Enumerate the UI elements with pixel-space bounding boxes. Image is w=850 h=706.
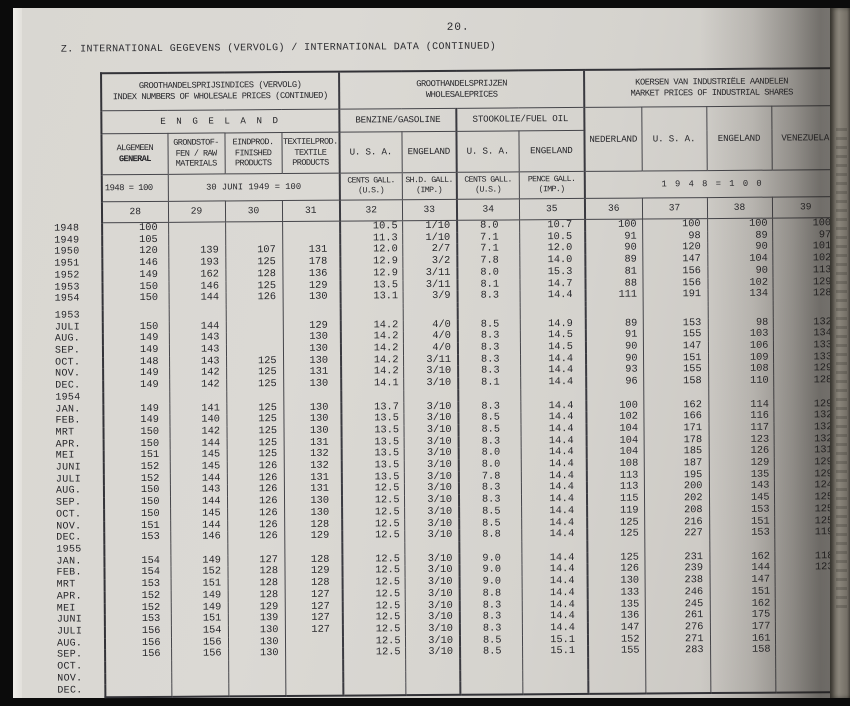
stub-spacer (51, 175, 102, 202)
cell-col28: 156 (105, 626, 171, 638)
cell-col34: 8.5 (460, 647, 522, 659)
cell-col34: 8.1 (458, 378, 520, 390)
row-label: MRT (54, 579, 105, 591)
cell-col39 (775, 633, 843, 645)
cell-col32: 12.5 (342, 530, 404, 542)
col28-base: 1948 = 100 (102, 174, 168, 201)
col28-name-nl: ALGEMEEN (103, 143, 168, 154)
cell-col28: 154 (104, 556, 170, 568)
cell-col39 (775, 656, 843, 668)
cell-col31: 129 (284, 531, 342, 543)
cell-col38 (710, 668, 775, 680)
cell-col32: 12.5 (343, 648, 405, 660)
cell-col34: 8.5 (459, 506, 521, 518)
cell-col33 (405, 671, 460, 683)
cell-col28: 150 (104, 438, 170, 450)
cell-col31 (285, 648, 343, 660)
group3-title-en: MARKET PRICES OF INDUSTRIAL SHARES (585, 87, 838, 100)
cell-col28: 152 (104, 462, 170, 474)
group2-title: GROOTHANDELSPRIJZEN WHOLESALEPRICES (339, 70, 584, 109)
row-label: MRT (53, 427, 104, 439)
cell-col35: 14.4 (522, 588, 588, 600)
row-label: NOV. (53, 521, 104, 533)
stub-spacer (50, 111, 101, 134)
cell-col28 (103, 392, 169, 404)
col33-country: ENGELAND (401, 131, 456, 172)
col28-name: ALGEMEEN GENERAL (101, 133, 167, 174)
cell-col29 (171, 660, 228, 672)
row-label: DEC. (52, 380, 103, 392)
row-label: MEI (54, 603, 105, 615)
cell-col30 (228, 672, 285, 684)
col29-name: GRONDSTOF- FEN / RAW MATERIALS (167, 133, 224, 174)
cell-col39 (775, 668, 843, 680)
cell-col28: 150 (102, 281, 168, 293)
cell-col35 (522, 681, 588, 694)
page-number: 20. (447, 22, 470, 34)
statistics-table: GROOTHANDELSPRIJSINDICES (VERVOLG) INDEX… (50, 67, 844, 699)
cell-col28: 150 (103, 293, 169, 305)
cell-col34: 8.8 (460, 588, 522, 600)
cell-col34 (458, 389, 520, 401)
cell-col28: 153 (105, 614, 171, 626)
cell-col36 (588, 681, 645, 694)
cell-col39 (775, 609, 843, 621)
cell-col28 (105, 661, 171, 673)
cell-col28: 152 (104, 474, 170, 486)
cell-col38: 153 (709, 528, 774, 540)
col29-name-l1: GRONDSTOF- (168, 137, 224, 148)
cell-col36: 155 (588, 646, 645, 658)
cell-col28: 100 (102, 222, 168, 235)
cell-col38 (710, 680, 775, 693)
group1-region-engeland: E N G E L A N D (101, 109, 339, 134)
cell-col28: 154 (104, 567, 170, 579)
col36-number: 36 (585, 198, 642, 219)
cell-col37: 283 (645, 645, 710, 657)
scanned-book-photo: 20. Z. INTERNATIONAL GEGEVENS (VERVOLG) … (0, 0, 850, 706)
cell-col28: 146 (102, 258, 168, 270)
cell-col35: 14.4 (520, 377, 586, 389)
cell-col29: 156 (171, 649, 228, 661)
row-label: SEP. (54, 650, 105, 662)
group1-base-span: 30 JUNI 1949 = 100 (168, 173, 340, 201)
row-label: AUG. (54, 638, 105, 650)
table-header: GROOTHANDELSPRIJSINDICES (VERVOLG) INDEX… (50, 68, 840, 223)
cell-col28: 150 (104, 497, 170, 509)
cell-col38: 110 (708, 376, 773, 388)
col28-number: 28 (102, 201, 168, 222)
col35-unit-l1: PENCE GALL. (519, 175, 584, 186)
group3-title: KOERSEN VAN INDUSTRIËLE AANDELEN MARKET … (584, 68, 839, 107)
row-label: 1954 (52, 392, 103, 404)
group1-title: GROOTHANDELSPRIJSINDICES (VERVOLG) INDEX… (101, 72, 339, 111)
cell-col34: 8.8 (459, 530, 521, 542)
cell-col28: 153 (105, 579, 171, 591)
cell-col31: 130 (284, 508, 342, 520)
col38-number: 38 (707, 197, 772, 218)
cell-col34: 8.0 (457, 267, 519, 279)
row-label: DEC. (54, 685, 105, 698)
cell-col39: 128 (773, 375, 841, 387)
group2-title-en: WHOLESALEPRICES (340, 89, 583, 102)
cell-col39 (775, 644, 843, 656)
cell-col31: 127 (285, 589, 343, 601)
row-label: 1954 (52, 294, 103, 306)
cell-col29 (168, 222, 225, 235)
col31-name-l1: TEXTIELPROD. (282, 137, 339, 148)
row-label: FEB. (52, 416, 103, 428)
row-label: APR. (53, 439, 104, 451)
row-label: 1955 (53, 544, 104, 556)
cell-col31 (285, 660, 343, 672)
cell-col28: 151 (104, 520, 170, 532)
subgroup-stookolie-fueloil: STOOKOLIE/FUEL OIL (456, 107, 584, 131)
cell-col32: 13.1 (341, 291, 403, 303)
cell-col39 (775, 586, 843, 598)
group1-title-en: INDEX NUMBERS OF WHOLESALE PRICES (CONTI… (102, 91, 338, 104)
row-label: JAN. (52, 404, 103, 416)
cell-col31 (285, 683, 343, 696)
cell-col28 (105, 673, 171, 685)
col33-unit-l2: (IMP.) (402, 186, 456, 197)
cell-col30 (225, 222, 282, 235)
cell-col32 (343, 659, 405, 671)
row-label: JULI (54, 626, 105, 638)
cell-col30 (226, 309, 283, 321)
cell-col29 (171, 672, 228, 684)
cell-col36 (588, 658, 645, 670)
cell-col30: 126 (227, 531, 284, 543)
cell-col39 (775, 680, 843, 693)
col34-unit-l2: (U.S.) (458, 185, 519, 196)
col31-name: TEXTIELPROD. TEXTILE PRODUCTS (281, 132, 339, 173)
cell-col28: 149 (103, 403, 169, 415)
subgroup-benzine-gasoline: BENZINE/GASOLINE (339, 108, 456, 132)
cell-col35: 14.4 (520, 290, 586, 302)
cell-col37: 227 (644, 528, 709, 540)
row-label: DEC. (53, 533, 104, 545)
cell-col33: 3/10 (405, 647, 460, 659)
col37-country: U. S. A. (641, 107, 706, 171)
cell-col37 (645, 657, 710, 669)
col34-unit-l1: CENTS GALL. (458, 175, 519, 186)
cell-col33 (405, 659, 460, 671)
cell-col30: 126 (226, 292, 283, 304)
cell-col39 (775, 574, 843, 586)
cell-col37: 158 (643, 376, 708, 388)
col34-number: 34 (457, 199, 519, 220)
cell-col31: 136 (282, 268, 340, 280)
cell-col28: 152 (105, 602, 171, 614)
cell-col30 (226, 332, 283, 344)
cell-col28: 156 (105, 649, 171, 661)
col29-name-l3: MATERIALS (168, 159, 224, 170)
col32-unit-l1: CENTS GALL. (341, 176, 402, 187)
cell-col36: 111 (586, 290, 643, 302)
cell-col36: 125 (587, 529, 644, 541)
col35-unit-l2: (IMP.) (519, 185, 584, 196)
col39-number: 39 (772, 197, 840, 218)
cell-col35 (522, 658, 588, 670)
stub-spacer (50, 73, 101, 111)
row-label: AUG. (52, 334, 103, 346)
cell-col28: 149 (103, 345, 169, 357)
cell-col31 (285, 671, 343, 683)
cell-col31: 127 (285, 625, 343, 637)
row-label: 1950 (51, 247, 102, 259)
col30-name: EINDPROD. FINISHED PRODUCTS (224, 133, 281, 174)
cell-col31 (282, 221, 340, 234)
cell-col28: 149 (102, 270, 168, 282)
cell-col36 (588, 669, 645, 681)
row-label: JULI (53, 474, 104, 486)
cell-col39 (775, 621, 843, 633)
page-content: 20. Z. INTERNATIONAL GEGEVENS (VERVOLG) … (11, 5, 850, 701)
cell-col28: 151 (104, 450, 170, 462)
row-label: JUNI (53, 462, 104, 474)
col29-number: 29 (168, 201, 225, 222)
stub-spacer (51, 202, 102, 223)
cell-col37 (645, 669, 710, 681)
row-label: JUNI (54, 614, 105, 626)
cell-col37: 191 (643, 289, 708, 301)
cell-col39: 128 (773, 288, 841, 300)
cell-col33: 3/10 (404, 530, 459, 542)
row-label: NOV. (52, 369, 103, 381)
row-label: SEP. (52, 345, 103, 357)
cell-col30 (228, 683, 285, 696)
cell-col28: 153 (104, 532, 170, 544)
row-label: 1949 (51, 235, 102, 247)
cell-col33 (405, 682, 460, 695)
row-label: FEB. (53, 568, 104, 580)
cell-col31: 130 (283, 292, 341, 304)
cell-col32: 14.1 (341, 378, 403, 390)
cell-col35: 15.1 (522, 646, 588, 658)
row-label: 1952 (51, 270, 102, 282)
cell-col33: 3/10 (403, 378, 458, 390)
row-label: SEP. (53, 497, 104, 509)
cell-col28: 148 (103, 357, 169, 369)
row-label: MEI (53, 451, 104, 463)
cell-col35: 14.4 (521, 506, 587, 518)
col35-units: PENCE GALL. (IMP.) (519, 171, 585, 198)
cell-col30: 130 (228, 648, 285, 660)
row-label: JULI (52, 322, 103, 334)
row-label: AUG. (53, 486, 104, 498)
cell-col29 (171, 684, 228, 697)
col31-name-l3: PRODUCTS (282, 158, 339, 169)
cell-col29: 146 (170, 532, 227, 544)
col32-number: 32 (340, 200, 402, 221)
col29-name-l2: FEN / RAW (168, 148, 224, 159)
col35-country: ENGELAND (518, 130, 584, 171)
col33-number: 33 (402, 199, 457, 220)
cell-col28 (103, 310, 169, 322)
cell-col28 (105, 684, 171, 697)
cell-col39: 119 (774, 527, 842, 539)
table-body: 194810010.51/108.010.7100100100100194910… (51, 218, 843, 698)
col31-number: 31 (282, 200, 340, 221)
cell-col34 (460, 682, 522, 695)
cell-col37 (645, 680, 710, 693)
cell-col35: 15.3 (519, 267, 585, 279)
col30-number: 30 (225, 201, 282, 222)
cell-col28: 149 (103, 333, 169, 345)
row-label: NOV. (54, 673, 105, 685)
cell-col38: 134 (708, 289, 773, 301)
col38-country: ENGELAND (706, 106, 771, 170)
cell-col32 (343, 683, 405, 696)
group3-base: 1 9 4 8 = 1 0 0 (585, 170, 840, 199)
col32-unit-l2: (U.S.) (341, 186, 402, 197)
cell-col28: 149 (103, 368, 169, 380)
cell-col28: 149 (103, 380, 169, 392)
document-page: 20. Z. INTERNATIONAL GEGEVENS (VERVOLG) … (13, 8, 850, 698)
cell-col34 (460, 670, 522, 682)
cell-col28: 150 (103, 321, 169, 333)
row-label: OCT. (53, 509, 104, 521)
cell-col32 (343, 671, 405, 683)
cell-col28: 120 (102, 246, 168, 258)
cell-col33: 3/9 (403, 291, 458, 303)
col30-name-l1: EINDPROD. (225, 137, 281, 148)
cell-col34: 8.3 (458, 291, 520, 303)
cell-col29: 142 (169, 380, 226, 392)
col30-name-l3: PRODUCTS (225, 158, 281, 169)
row-label: 1951 (51, 258, 102, 270)
cell-col31 (285, 636, 343, 648)
cell-col28: 156 (105, 637, 171, 649)
col37-number: 37 (642, 198, 707, 219)
col31-name-l2: TEXTILE (282, 147, 339, 158)
col34-country: U. S. A. (456, 131, 518, 172)
cell-col39 (775, 598, 843, 610)
col34-units: CENTS GALL. (U.S.) (457, 172, 519, 199)
cell-col35 (520, 389, 586, 401)
cell-col38 (710, 657, 775, 669)
cell-col28 (104, 544, 170, 556)
cell-col31: 130 (283, 379, 341, 391)
cell-col29: 144 (169, 293, 226, 305)
col39-country: VENEZUELA (771, 106, 839, 170)
col32-country: U. S. A. (339, 132, 401, 173)
row-label: OCT. (52, 357, 103, 369)
cell-col34 (460, 658, 522, 670)
cell-col28: 105 (102, 235, 168, 247)
col30-name-l2: FINISHED (225, 148, 281, 159)
col28-name-en: GENERAL (103, 154, 168, 165)
page-title: Z. INTERNATIONAL GEGEVENS (VERVOLG) / IN… (61, 42, 496, 56)
cell-col28: 150 (104, 485, 170, 497)
col35-number: 35 (519, 198, 585, 219)
row-label: 1948 (51, 223, 102, 236)
cell-col38: 158 (710, 645, 775, 657)
row-label: OCT. (54, 661, 105, 673)
cell-col28: 149 (103, 415, 169, 427)
row-label: 1953 (52, 310, 103, 322)
col32-units: CENTS GALL. (U.S.) (340, 173, 402, 200)
row-label: JAN. (53, 556, 104, 568)
col33-unit-l1: SH.D. GALL. (402, 176, 456, 187)
cell-col28: 150 (104, 509, 170, 521)
cell-col30: 125 (226, 379, 283, 391)
cell-col28: 150 (104, 427, 170, 439)
cell-col36: 96 (586, 377, 643, 389)
cell-col28: 152 (105, 591, 171, 603)
stub-spacer (50, 134, 101, 175)
cell-col30 (226, 321, 283, 333)
cell-col31 (283, 390, 341, 402)
row-label: APR. (54, 591, 105, 603)
col33-units: SH.D. GALL. (IMP.) (402, 172, 457, 199)
cell-col39: 123 (774, 563, 842, 575)
col36-country: NEDERLAND (584, 107, 641, 171)
cell-col35: 14.4 (521, 529, 587, 541)
row-label: 1953 (51, 282, 102, 294)
cell-col30 (228, 660, 285, 672)
cell-col35 (522, 670, 588, 682)
